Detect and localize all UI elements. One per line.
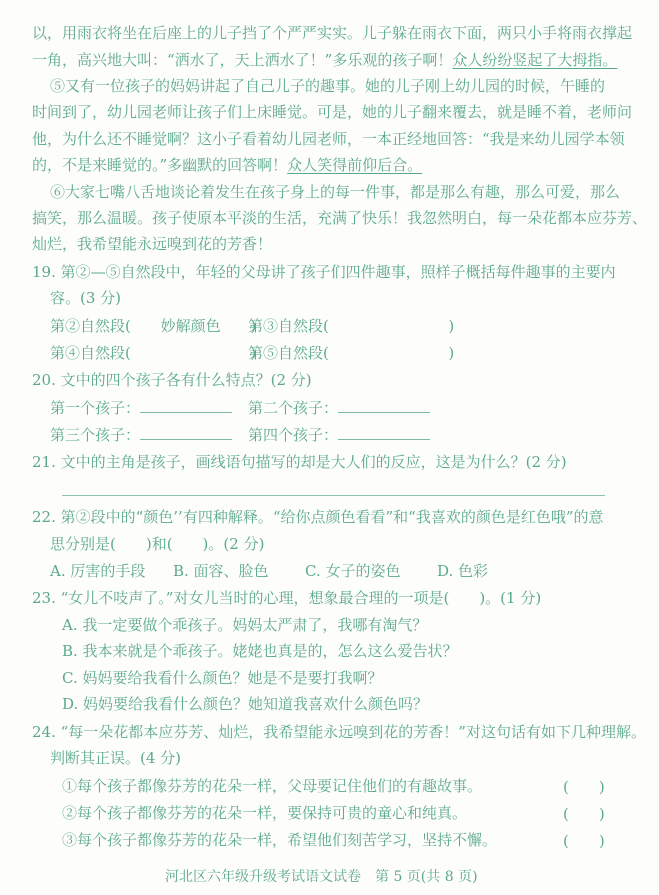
q19-item-4: 第④自然段( ) xyxy=(50,343,256,363)
underlined-sentence: 众人笑得前仰后合。 xyxy=(287,156,422,174)
question-21: 21. 文中的主角是孩子，画线语句描写的却是大人们的反应，这是为什么？(2 分) xyxy=(32,452,567,472)
passage-text: 的，不是来睡觉的。”多幽默的回答啊！ xyxy=(32,156,287,174)
q24-statement-2: ②每个孩子都像芬芳的花朵一样，要保持可贵的童心和纯真。 xyxy=(62,803,467,823)
q19-item-label: 第③自然段( xyxy=(248,317,329,335)
q23-option-b: B. 我本来就是个乖孩子。姥姥也真是的，怎么这么爱告状？ xyxy=(62,641,458,661)
q21-answer-line[interactable] xyxy=(62,495,605,496)
passage-line: ⑤又有一位孩子的妈妈讲起了自己儿子的趣事。她的儿子刚上幼儿园的时候，午睡的 xyxy=(50,76,605,96)
q20-label: 第四个孩子： xyxy=(248,426,338,444)
q22-option-a: A. 厉害的手段 xyxy=(50,561,173,581)
passage-line: 灿烂，我希望能永远嗅到花的芳香！ xyxy=(32,234,272,254)
q19-close: ) xyxy=(448,317,454,335)
q20-label: 第二个孩子： xyxy=(248,399,338,417)
q19-item-3: 第③自然段( ) xyxy=(248,316,454,336)
question-24-cont: 判断其正误。(4 分) xyxy=(50,748,181,768)
q19-item-5: 第⑤自然段( ) xyxy=(248,343,454,363)
q19-item-label: 第⑤自然段( xyxy=(248,344,329,362)
passage-text: 一角，高兴地大叫：“洒水了，天上洒水了！”多乐观的孩子啊！ xyxy=(32,51,452,69)
q20-answer-blank[interactable] xyxy=(338,398,430,413)
q19-item-label: 第④自然段( xyxy=(50,344,131,362)
passage-line: 搞笑，那么温暖。孩子使原本平淡的生活，充满了快乐！我忽然明白，每一朵花都本应芬芳… xyxy=(32,208,647,228)
passage-line: ⑥大家七嘴八舌地谈论着发生在孩子身上的每一件事，都是那么有趣，那么可爱，那么 xyxy=(50,182,620,202)
q24-answer-paren-2[interactable]: ( ) xyxy=(563,803,605,824)
q20-answer-blank[interactable] xyxy=(140,398,232,413)
q20-answer-blank[interactable] xyxy=(338,425,430,440)
q24-statement-3: ③每个孩子都像芬芳的花朵一样，希望他们刻苦学习，坚持不懈。 xyxy=(62,830,497,850)
q20-label: 第一个孩子： xyxy=(50,399,140,417)
question-24: 24. “每一朵花都本应芬芳、灿烂，我希望能永远嗅到花的芳香！”对这句话有如下几… xyxy=(32,722,646,742)
q19-item-2: 第②自然段( 妙解颜色 ) xyxy=(50,316,256,336)
question-19: 19. 第②—⑤自然段中，年轻的父母讲了孩子们四件趣事，照样子概括每件趣事的主要… xyxy=(32,262,616,282)
question-22: 22. 第②段中的“颜色’’有四种解释。“给你点颜色看看”和“我喜欢的颜色是红色… xyxy=(32,507,604,527)
q24-answer-paren-3[interactable]: ( ) xyxy=(563,830,605,851)
q19-close: ) xyxy=(448,344,454,362)
passage-line: 一角，高兴地大叫：“洒水了，天上洒水了！”多乐观的孩子啊！众人纷纷竖起了大拇指。 xyxy=(32,50,617,70)
q22-options: A. 厉害的手段B. 面容、脸色C. 女子的姿色D. 色彩 xyxy=(50,561,488,581)
question-23: 23. “女儿不吱声了。”对女儿当时的心理，想象最合理的一项是( )。(1 分) xyxy=(32,588,541,608)
q23-option-c: C. 妈妈要给我看什么颜色？她是不是要打我啊？ xyxy=(62,668,382,688)
passage-line: 他，为什么还不睡觉啊？这小子看着幼儿园老师，一本正经地回答：“我是来幼儿园学本领 xyxy=(32,129,625,149)
q20-child-4: 第四个孩子： xyxy=(248,425,430,445)
question-20: 20. 文中的四个孩子各有什么特点？(2 分) xyxy=(32,370,312,390)
passage-line: 时间到了，幼儿园老师让孩子们上床睡觉。可是，她的儿子翻来覆去，就是睡不着，老师问 xyxy=(32,102,632,122)
passage-line: 以，用雨衣将坐在后座上的儿子挡了个严严实实。儿子躲在雨衣下面，两只小手将雨衣撑起 xyxy=(32,23,632,43)
question-19-cont: 容。(3 分) xyxy=(50,288,121,308)
q24-statement-1: ①每个孩子都像芬芳的花朵一样，父母要记住他们的有趣故事。 xyxy=(62,776,482,796)
q22-option-c: C. 女子的姿色 xyxy=(305,561,437,581)
q20-answer-blank[interactable] xyxy=(140,425,232,440)
passage-line: 的，不是来睡觉的。”多幽默的回答啊！众人笑得前仰后合。 xyxy=(32,155,422,175)
q23-option-a: A. 我一定要做个乖孩子。妈妈太严肃了，我哪有淘气？ xyxy=(62,615,427,635)
underlined-sentence: 众人纷纷竖起了大拇指。 xyxy=(452,51,617,69)
q20-label: 第三个孩子： xyxy=(50,426,140,444)
q22-option-b: B. 面容、脸色 xyxy=(173,561,305,581)
page-footer: 河北区六年级升级考试语文试卷 第 5 页(共 8 页) xyxy=(165,867,478,887)
q24-answer-paren-1[interactable]: ( ) xyxy=(563,776,605,797)
q20-child-1: 第一个孩子： xyxy=(50,398,232,418)
q19-item-label: 第②自然段( xyxy=(50,317,131,335)
q20-child-2: 第二个孩子： xyxy=(248,398,430,418)
q20-child-3: 第三个孩子： xyxy=(50,425,232,445)
q23-option-d: D. 妈妈要给我看什么颜色？她知道我喜欢什么颜色吗？ xyxy=(62,694,428,714)
q22-option-d: D. 色彩 xyxy=(437,562,488,580)
q19-answer[interactable]: 妙解颜色 xyxy=(136,316,246,336)
question-22-cont: 思分别是( )和( )。(2 分) xyxy=(50,534,264,554)
